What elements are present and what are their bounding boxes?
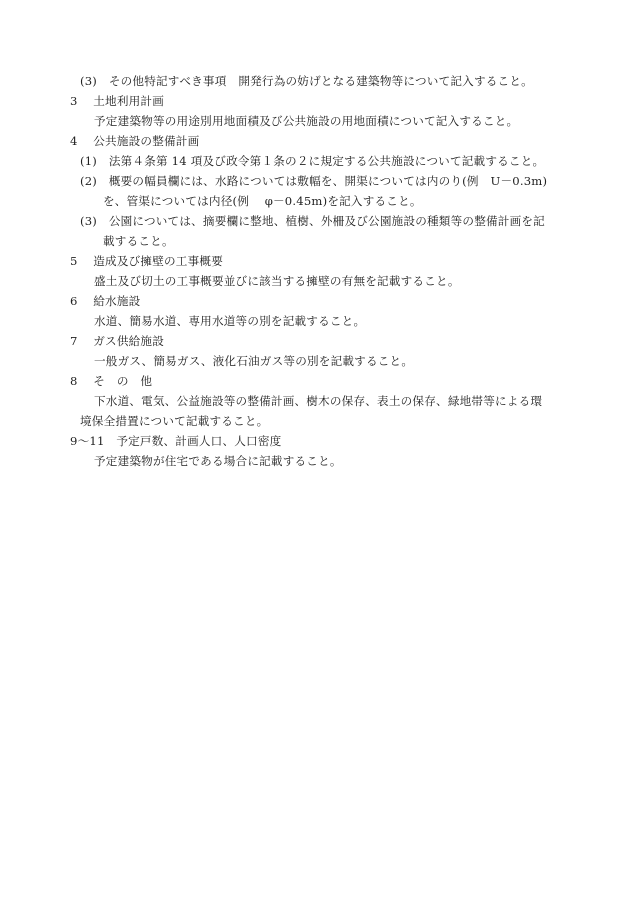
text-line: 7 ガス供給施設 [70,334,164,348]
text-line: 下水道、電気、公益施設等の整備計画、樹木の保存、表土の保存、緑地帯等による環 [94,394,542,408]
text-line: 8 そ の 他 [70,374,152,388]
text-line: 予定建築物等の用途別用地面積及び公共施設の用地面積について記入すること。 [94,114,518,128]
text-line: 4 公共施設の整備計画 [70,134,199,148]
text-line: (3) その他特記すべき事項 開発行為の妨げとなる建築物等について記入すること。 [80,74,533,88]
text-line: 境保全措置について記載すること。 [80,414,268,428]
text-line: 3 土地利用計画 [70,94,164,108]
text-line: 6 給水施設 [70,294,140,308]
text-line: 9～11 予定戸数、計画人口、人口密度 [70,434,281,448]
text-line: (3) 公園については、摘要欄に整地、植樹、外柵及び公園施設の種類等の整備計画を… [80,214,545,228]
text-line: (2) 概要の幅員欄には、水路については敷幅を、開渠については内のり(例 U－0… [80,174,547,188]
text-line: を、管渠については内径(例 φ－0.45m)を記入すること。 [103,194,422,208]
text-line: (1) 法第４条第 14 項及び政令第１条の２に規定する公共施設について記載する… [80,154,544,168]
text-line: 一般ガス、簡易ガス、液化石油ガス等の別を記載すること。 [94,354,413,368]
text-line: 盛土及び切土の工事概要並びに該当する擁壁の有無を記載すること。 [94,274,460,288]
text-line: 載すること。 [103,234,174,248]
text-line: 水道、簡易水道、専用水道等の別を記載すること。 [94,314,365,328]
text-line: 予定建築物が住宅である場合に記載すること。 [94,454,342,468]
text-line: 5 造成及び擁壁の工事概要 [70,254,223,268]
